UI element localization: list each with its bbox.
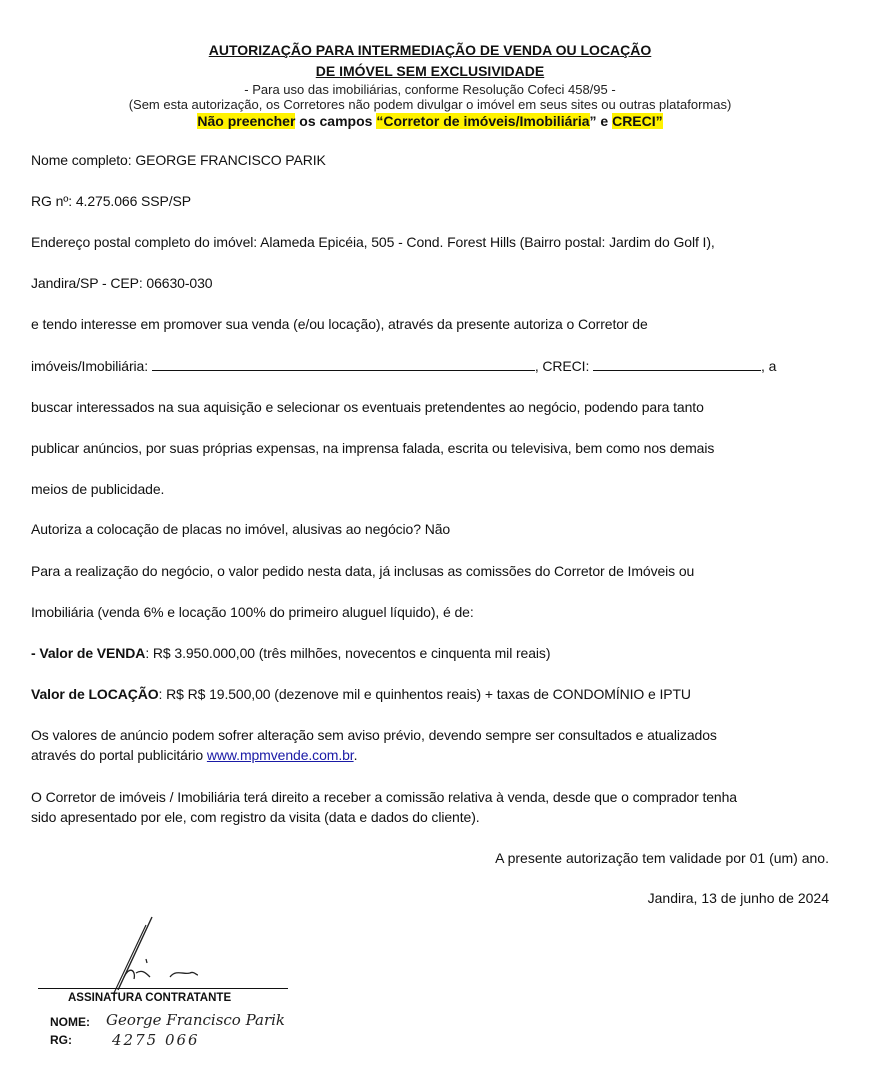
document-note: (Sem esta autorização, os Corretores não… [0,97,860,112]
paragraph-2-line2: Imobiliária (venda 6% e locação 100% do … [31,604,474,620]
nome-label: Nome completo: [31,152,135,168]
signature-nome-label: NOME: [50,1015,90,1029]
paragraph-4-line1: O Corretor de imóveis / Imobiliária terá… [31,789,737,805]
paragraph-1-line3: buscar interessados na sua aquisição e s… [31,399,704,415]
paragraph-1-line2: imóveis/Imobiliária: , CRECI: , a [31,357,776,374]
warning-highlight-creci: CRECI” [612,113,663,129]
placas-question: Autoriza a colocação de placas no imóvel… [31,521,450,537]
document-title-line2: DE IMÓVEL SEM EXCLUSIVIDADE [0,63,860,79]
endereco-line2: Jandira/SP - CEP: 06630-030 [31,275,213,291]
signature-rg-handwritten: 4275 066 [112,1031,200,1049]
fill-warning: Não preencher os campos “Corretor de imó… [0,113,860,129]
signature-nome-handwritten: George Francisco Parik [106,1011,285,1029]
signature-rg-label: RG: [50,1033,72,1047]
valor-locacao: Valor de LOCAÇÃO: R$ R$ 19.500,00 (dezen… [31,686,691,702]
paragraph-3-line2: através do portal publicitário www.mpmve… [31,747,357,763]
nome-completo-field: Nome completo: GEORGE FRANCISCO PARIK [31,152,326,168]
local-data: Jandira, 13 de junho de 2024 [648,890,829,906]
document-title-line1: AUTORIZAÇÃO PARA INTERMEDIAÇÃO DE VENDA … [0,42,860,58]
paragraph-1-line4: publicar anúncios, por suas próprias exp… [31,440,714,456]
signature-line [38,988,288,989]
endereco-line1: Endereço postal completo do imóvel: Alam… [31,234,715,250]
portal-link[interactable]: www.mpmvende.com.br [207,747,354,763]
valor-venda: - Valor de VENDA: R$ 3.950.000,00 (três … [31,645,550,661]
creci-label: , CRECI: [535,358,593,374]
warning-highlight-corretor: “Corretor de imóveis/Imobiliária [376,113,589,129]
nome-value: GEORGE FRANCISCO PARIK [135,152,325,168]
paragraph-3-line1: Os valores de anúncio podem sofrer alter… [31,727,717,743]
signature-label: ASSINATURA CONTRATANTE [68,992,231,1004]
locacao-value: : R$ R$ 19.500,00 (dezenove mil e quinhe… [159,686,691,702]
document-subtitle: - Para uso das imobiliárias, conforme Re… [0,82,860,97]
paragraph-2-line1: Para a realização do negócio, o valor pe… [31,563,694,579]
signature-scribble [80,915,220,995]
warning-highlight-nao-preencher: Não preencher [197,113,295,129]
validade-statement: A presente autorização tem validade por … [495,850,829,866]
paragraph-1-line1: e tendo interesse em promover sua venda … [31,316,648,332]
corretor-blank-field[interactable] [152,357,535,371]
corretor-label: imóveis/Imobiliária: [31,358,152,374]
rg-field: RG nº: 4.275.066 SSP/SP [31,193,191,209]
rg-value: 4.275.066 SSP/SP [76,193,191,209]
locacao-label: Valor de LOCAÇÃO [31,686,159,702]
venda-label: - Valor de VENDA [31,645,145,661]
rg-label: RG nº: [31,193,76,209]
venda-value: : R$ 3.950.000,00 (três milhões, novecen… [145,645,550,661]
creci-blank-field[interactable] [593,357,761,371]
paragraph-1-line5: meios de publicidade. [31,481,164,497]
paragraph-4-line2: sido apresentado por ele, com registro d… [31,809,480,825]
